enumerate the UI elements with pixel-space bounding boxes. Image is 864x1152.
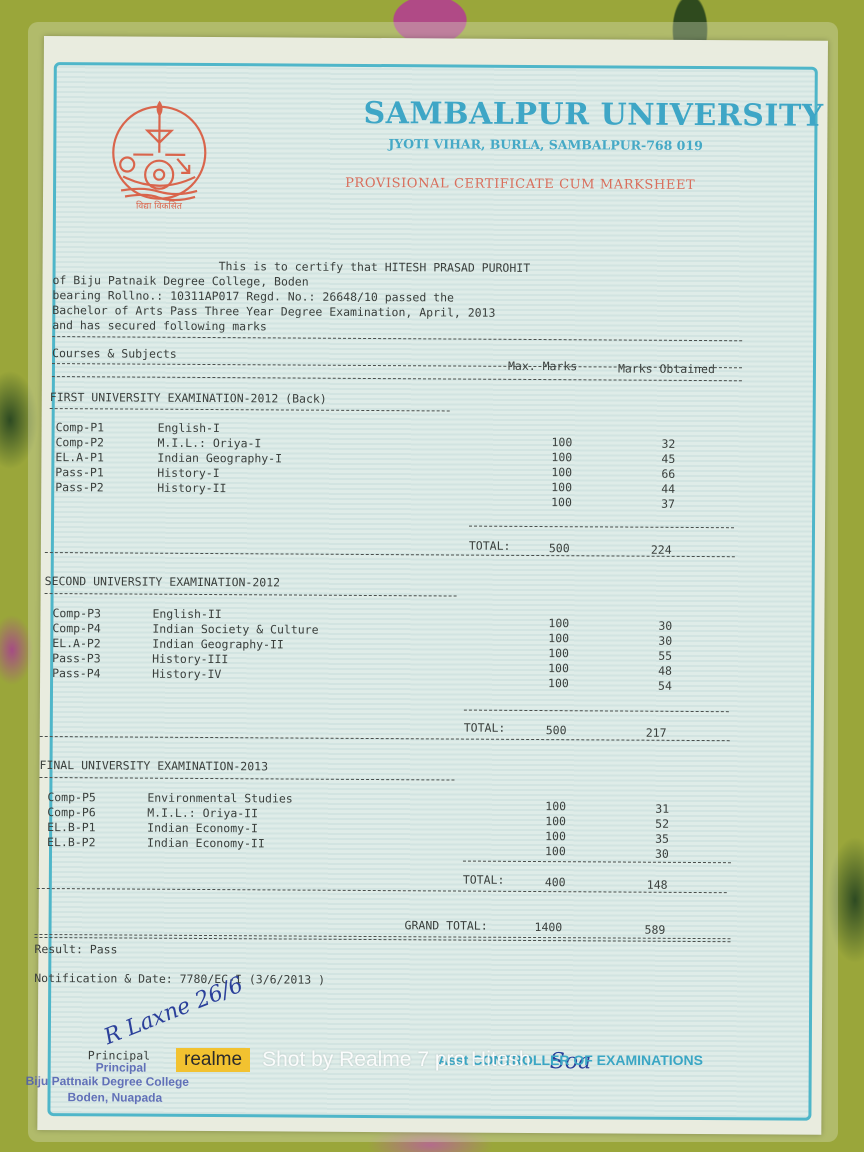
course-code: Pass-P1 [55, 465, 104, 479]
max-marks: 100 [545, 814, 566, 828]
course-code: Comp-P1 [56, 420, 105, 434]
subject-name: M.I.L.: Oriya-II [147, 806, 258, 821]
marks-obtained: 31 [655, 802, 669, 816]
total-obtained: 224 [651, 543, 672, 557]
subject-name: English-II [152, 607, 221, 621]
max-marks: 100 [551, 465, 572, 479]
marks-obtained: 35 [655, 832, 669, 846]
total-label: TOTAL: [464, 721, 506, 735]
total-max: 500 [549, 541, 570, 555]
max-marks: 100 [548, 661, 569, 675]
course-code: EL.A-P2 [52, 636, 101, 650]
course-code: Pass-P3 [52, 651, 101, 665]
total-max: 500 [546, 723, 567, 737]
exam-title: FIRST UNIVERSITY EXAMINATION-2012 (Back) [50, 390, 327, 406]
max-marks: 100 [551, 480, 572, 494]
notification-date: Notification & Date: 7780/EC-I (3/6/2013… [34, 971, 325, 987]
course-code: Comp-P2 [55, 435, 104, 449]
marks-obtained: 30 [655, 847, 669, 861]
stamp-title: Principal [96, 1060, 147, 1074]
max-marks: 100 [545, 799, 566, 813]
certify-line-2: of Biju Patnaik Degree College, Boden [52, 273, 308, 289]
certify-line-3: bearing Rollno.: 10311AP017 Regd. No.: 2… [52, 288, 454, 304]
course-code: Comp-P3 [52, 606, 101, 620]
university-address: JYOTI VIHAR, BURLA, SAMBALPUR-768 019 [388, 136, 703, 153]
marksheet-document: विद्या विकसित SAMBALPUR UNIVERSITY JYOTI… [37, 36, 828, 1135]
max-marks: 100 [548, 616, 569, 630]
exam-title: SECOND UNIVERSITY EXAMINATION-2012 [45, 574, 280, 589]
total-obtained: 217 [646, 726, 667, 740]
marks-obtained: 66 [661, 467, 675, 481]
subject-name: Indian Society & Culture [152, 622, 318, 637]
course-code: Pass-P4 [52, 666, 101, 680]
marks-obtained: 54 [658, 679, 672, 693]
realme-logo-badge: realme [176, 1048, 250, 1072]
certify-line-4: Bachelor of Arts Pass Three Year Degree … [52, 303, 495, 320]
marks-obtained: 30 [658, 619, 672, 633]
stamp-place: Boden, Nuapada [67, 1090, 162, 1105]
total-max: 400 [545, 875, 566, 889]
document-border [47, 62, 817, 1121]
max-marks: 100 [548, 646, 569, 660]
max-marks: 100 [551, 495, 572, 509]
marks-obtained: 37 [661, 497, 675, 511]
svg-text:विद्या विकसित: विद्या विकसित [136, 200, 183, 211]
max-marks: 100 [551, 450, 572, 464]
camera-watermark: realme Shot by Realme 7 pro Hitesh [176, 1048, 531, 1072]
subject-name: M.I.L.: Oriya-I [157, 436, 261, 451]
exam-title: FINAL UNIVERSITY EXAMINATION-2013 [40, 758, 269, 773]
marks-obtained: 32 [661, 437, 675, 451]
subject-name: Indian Economy-II [147, 836, 265, 851]
course-code: EL.B-P2 [47, 835, 96, 849]
grand-total-label: GRAND TOTAL: [405, 918, 488, 933]
max-marks: 100 [551, 435, 572, 449]
stamp-college: Biju Pattnaik Degree College [26, 1074, 189, 1089]
subject-name: Indian Geography-II [152, 637, 284, 652]
total-label: TOTAL: [469, 539, 511, 553]
column-header-max-marks: Max. Marks [508, 359, 577, 373]
course-code: Comp-P5 [47, 790, 96, 804]
grand-total-obtained: 589 [645, 923, 666, 937]
marks-obtained: 45 [661, 452, 675, 466]
subject-name: Environmental Studies [147, 791, 292, 806]
marks-obtained: 30 [658, 634, 672, 648]
marks-obtained: 44 [661, 482, 675, 496]
subject-name: History-II [157, 481, 226, 495]
result-status: Result: Pass [34, 942, 117, 957]
max-marks: 100 [545, 829, 566, 843]
max-marks: 100 [548, 676, 569, 690]
max-marks: 100 [548, 631, 569, 645]
course-code: Comp-P6 [47, 805, 96, 819]
subject-name: Indian Geography-I [157, 451, 282, 466]
column-header-courses: Courses & Subjects [52, 346, 177, 361]
total-label: TOTAL: [463, 873, 505, 887]
university-name: SAMBALPUR UNIVERSITY [363, 96, 783, 134]
subject-name: History-IV [152, 667, 221, 681]
grand-total-max: 1400 [535, 920, 563, 934]
course-code: Pass-P2 [55, 480, 104, 494]
course-code: EL.B-P1 [47, 820, 96, 834]
max-marks: 100 [545, 844, 566, 858]
marks-obtained: 48 [658, 664, 672, 678]
watermark-text: Shot by Realme 7 pro Hitesh [262, 1048, 530, 1072]
subject-name: History-III [152, 652, 228, 666]
total-obtained: 148 [647, 878, 668, 892]
marks-obtained: 55 [658, 649, 672, 663]
course-code: EL.A-P1 [55, 450, 104, 464]
column-header-marks-obtained: Marks Obtained [618, 362, 715, 377]
subject-name: Indian Economy-I [147, 821, 258, 836]
subject-name: History-I [157, 466, 219, 480]
marks-obtained: 52 [655, 817, 669, 831]
certificate-title: PROVISIONAL CERTIFICATE CUM MARKSHEET [345, 176, 695, 193]
university-emblem-icon: विद्या विकसित [103, 94, 216, 211]
certify-line-5: and has secured following marks [52, 318, 267, 333]
subject-name: English-I [158, 421, 220, 435]
course-code: Comp-P4 [52, 621, 101, 635]
certify-line-1: This is to certify that HITESH PRASAD PU… [219, 259, 531, 275]
